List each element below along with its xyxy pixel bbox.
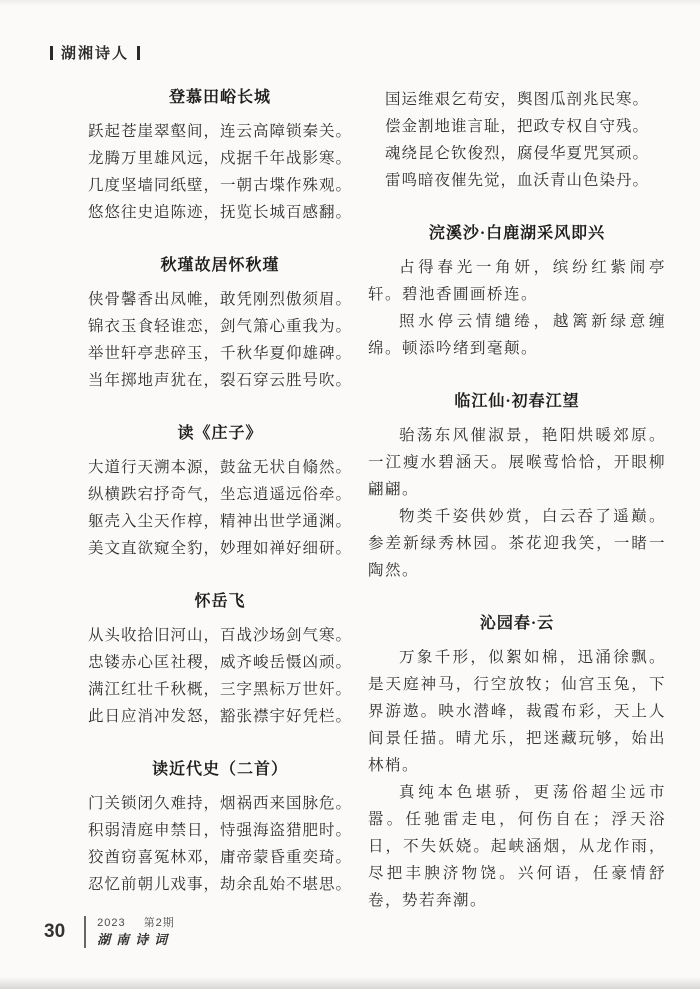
ci-paragraph: 真纯本色堪骄，更荡俗超尘远市嚣。任驰雷走电，何伤自在；浮天浴日，不失妖娆。起峡涵…	[368, 779, 666, 914]
poem: 读《庄子》大道行天溯本源，鼓盆无状自翛然。纵横跌宕抒奇气，坐忘逍遥远俗牵。躯壳入…	[84, 420, 356, 562]
poem-title: 浣溪沙·白鹿湖采风即兴	[368, 220, 666, 243]
poem-title: 登慕田峪长城	[84, 84, 356, 107]
poem-line: 美文直欲窥全豹，妙理如禅好细研。	[84, 535, 356, 562]
ci-paragraph: 照水停云情缱绻，越篱新绿意缠绵。顿添吟绪到毫颠。	[368, 308, 666, 362]
page-edge-shade-top	[0, 0, 700, 6]
ci-paragraph: 骀荡东风催淑景，艳阳烘暖郊原。一江瘦水碧涵天。展喉莺恰恰，开眼柳翩翩。	[368, 422, 666, 503]
poem: 读近代史（二首）门关锁闭久难持，烟祸西来国脉危。积弱清庭申禁日，恃强海盗猎肥时。…	[84, 756, 356, 898]
footer-divider	[84, 916, 86, 948]
issue-number: 第2期	[144, 917, 175, 929]
header-bar-left	[50, 46, 53, 60]
poem-line: 悠悠往史追陈迹，抚览长城百感翻。	[84, 199, 356, 226]
poem-line: 锦衣玉食轻谁恋，剑气箫心重我为。	[84, 313, 356, 340]
page-number: 30	[44, 921, 65, 943]
poem: 登慕田峪长城跃起苍崖翠壑间，连云高障锁秦关。龙腾万里雄风远，戍据千年战影寒。几度…	[84, 84, 356, 226]
poem-line: 当年掷地声犹在，裂石穿云胜号吹。	[84, 367, 356, 394]
poem-line: 大道行天溯本源，鼓盆无状自翛然。	[84, 454, 356, 481]
poem: 临江仙·初春江望骀荡东风催淑景，艳阳烘暖郊原。一江瘦水碧涵天。展喉莺恰恰，开眼柳…	[368, 388, 666, 584]
poem-line: 国运维艰乞苟安，舆图瓜剖兆民寒。	[368, 86, 666, 113]
poem-line: 狡酋窃喜冤林邓，庸帝蒙昏重奕琦。	[84, 844, 356, 871]
poem: 怀岳飞从头收拾旧河山，百战沙场剑气寒。忠镂赤心匡社稷，威齐峻岳慑凶顽。满江红壮千…	[84, 588, 356, 730]
poem-line: 纵横跌宕抒奇气，坐忘逍遥远俗牵。	[84, 481, 356, 508]
ci-paragraph: 占得春光一角妍，缤纷红紫闹亭轩。碧池香圃画桥连。	[368, 254, 666, 308]
issue-info: 2023 第2期 湖南诗词	[97, 916, 175, 948]
poem-line: 积弱清庭申禁日，恃强海盗猎肥时。	[84, 817, 356, 844]
poem-title: 怀岳飞	[84, 588, 356, 611]
poem-title: 读近代史（二首）	[84, 756, 356, 779]
poem-line: 跃起苍崖翠壑间，连云高障锁秦关。	[84, 118, 356, 145]
page-edge-shade-bottom	[0, 977, 700, 989]
poem-title: 沁园春·云	[368, 610, 666, 633]
issue-line: 2023 第2期	[97, 916, 175, 931]
poem-title: 临江仙·初春江望	[368, 388, 666, 411]
poem-continuation: 国运维艰乞苟安，舆图瓜剖兆民寒。偿金割地谁言耻，把政专权自守残。魂绕昆仑钦俊烈，…	[368, 86, 666, 194]
ci-paragraph: 物类千姿供妙赏，白云吞了遥巅。参差新绿秀林园。茶花迎我笑，一睹一陶然。	[368, 503, 666, 584]
poem-line: 忠镂赤心匡社稷，威齐峻岳慑凶顽。	[84, 649, 356, 676]
poem-line: 几度坚墙同纸壁，一朝古堞作殊观。	[84, 172, 356, 199]
poem: 沁园春·云万象千形，似絮如棉，迅涌徐飘。是天庭神马，行空放牧；仙宫玉兔，下界游遨…	[368, 610, 666, 914]
poem-line: 躯壳入尘天作椁，精神出世学通渊。	[84, 508, 356, 535]
poem-line: 龙腾万里雄风远，戍据千年战影寒。	[84, 145, 356, 172]
issue-year: 2023	[97, 917, 125, 929]
poem: 秋瑾故居怀秋瑾侠骨馨香出凤帷，敢凭刚烈傲须眉。锦衣玉食轻谁恋，剑气箫心重我为。举…	[84, 252, 356, 394]
poem-line: 满江红壮千秋概，三字黑标万世奸。	[84, 676, 356, 703]
poem-line: 魂绕昆仑钦俊烈，腐侵华夏咒冥顽。	[368, 140, 666, 167]
poem-line: 门关锁闭久难持，烟祸西来国脉危。	[84, 790, 356, 817]
column-right: 国运维艰乞苟安，舆图瓜剖兆民寒。偿金割地谁言耻，把政专权自守残。魂绕昆仑钦俊烈，…	[368, 74, 666, 914]
section-label: 湖湘诗人	[61, 42, 129, 63]
poem: 浣溪沙·白鹿湖采风即兴占得春光一角妍，缤纷红紫闹亭轩。碧池香圃画桥连。照水停云情…	[368, 220, 666, 362]
poem-line: 举世轩亭悲碎玉，千秋华夏仰雄碑。	[84, 340, 356, 367]
poem-line: 雷鸣暗夜催先觉，血沃青山色染丹。	[368, 167, 666, 194]
content-columns: 登慕田峪长城跃起苍崖翠壑间，连云高障锁秦关。龙腾万里雄风远，戍据千年战影寒。几度…	[84, 74, 666, 914]
poem-line: 从头收拾旧河山，百战沙场剑气寒。	[84, 622, 356, 649]
poem-line: 偿金割地谁言耻，把政专权自守残。	[368, 113, 666, 140]
poem-title: 读《庄子》	[84, 420, 356, 443]
journal-name: 湖南诗词	[97, 931, 175, 948]
poem-line: 侠骨馨香出凤帷，敢凭刚烈傲须眉。	[84, 286, 356, 313]
poem-line: 忍忆前朝儿戏事，劫余乱始不堪思。	[84, 871, 356, 898]
ci-paragraph: 万象千形，似絮如棉，迅涌徐飘。是天庭神马，行空放牧；仙宫玉兔，下界游遨。映水潜峰…	[368, 644, 666, 779]
header-bar-right	[137, 46, 140, 60]
poem-line: 此日应消冲发怒，豁张襟宇好凭栏。	[84, 703, 356, 730]
poem-title: 秋瑾故居怀秋瑾	[84, 252, 356, 275]
column-left: 登慕田峪长城跃起苍崖翠壑间，连云高障锁秦关。龙腾万里雄风远，戍据千年战影寒。几度…	[84, 74, 356, 914]
page-footer: 30 2023 第2期 湖南诗词	[44, 916, 175, 948]
page-header: 湖湘诗人	[50, 42, 140, 63]
